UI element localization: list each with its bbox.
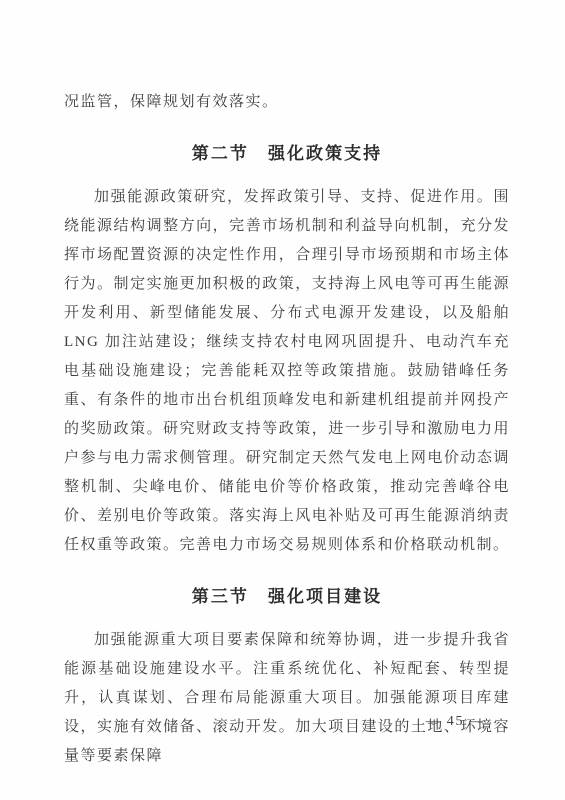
section-2-paragraph: 加强能源政策研究，发挥政策引导、支持、促进作用。围绕能源结构调整方向，完善市场机… xyxy=(64,183,510,560)
section-3-paragraph: 加强能源重大项目要素保障和统筹协调，进一步提升我省能源基础设施建设水平。注重系统… xyxy=(64,626,510,771)
page-number: — 45 — xyxy=(426,714,485,730)
page-content: 况监管，保障规划有效落实。 第二节 强化政策支持 加强能源政策研究，发挥政策引导… xyxy=(64,88,510,771)
continuation-paragraph: 况监管，保障规划有效落实。 xyxy=(64,88,510,117)
section-3-heading: 第三节 强化项目建设 xyxy=(64,587,510,607)
document-page: 况监管，保障规划有效落实。 第二节 强化政策支持 加强能源政策研究，发挥政策引导… xyxy=(0,0,565,800)
section-2-heading: 第二节 强化政策支持 xyxy=(64,144,510,164)
